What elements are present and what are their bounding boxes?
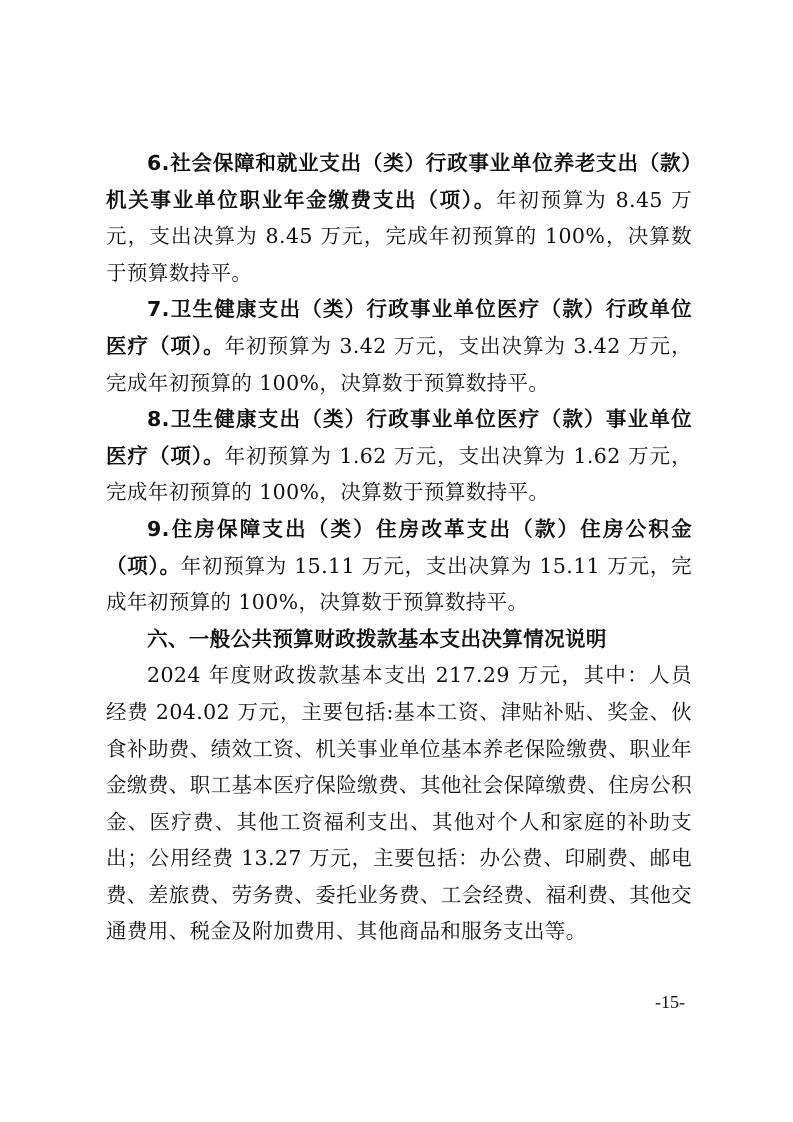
item-9-text: 年初预算为 15.11 万元，支出决算为 15.11 万元，完成年初预算的 10… <box>106 554 692 615</box>
section-heading: 六、一般公共预算财政拨款基本支出决算情况说明 <box>106 621 692 658</box>
item-6-paragraph: 6.社会保障和就业支出（类）行政事业单位养老支出（款）机关事业单位职业年金缴费支… <box>106 145 692 291</box>
document-page: 6.社会保障和就业支出（类）行政事业单位养老支出（款）机关事业单位职业年金缴费支… <box>106 145 692 950</box>
item-7-paragraph: 7.卫生健康支出（类）行政事业单位医疗（款）行政单位医疗（项）。年初预算为 3.… <box>106 291 692 401</box>
item-8-paragraph: 8.卫生健康支出（类）行政事业单位医疗（款）事业单位医疗（项）。年初预算为 1.… <box>106 401 692 511</box>
section-body: 2024 年度财政拨款基本支出 217.29 万元，其中：人员经费 204.02… <box>106 657 692 950</box>
page-number: -15- <box>655 992 685 1013</box>
item-9-paragraph: 9.住房保障支出（类）住房改革支出（款）住房公积金（项）。年初预算为 15.11… <box>106 511 692 621</box>
